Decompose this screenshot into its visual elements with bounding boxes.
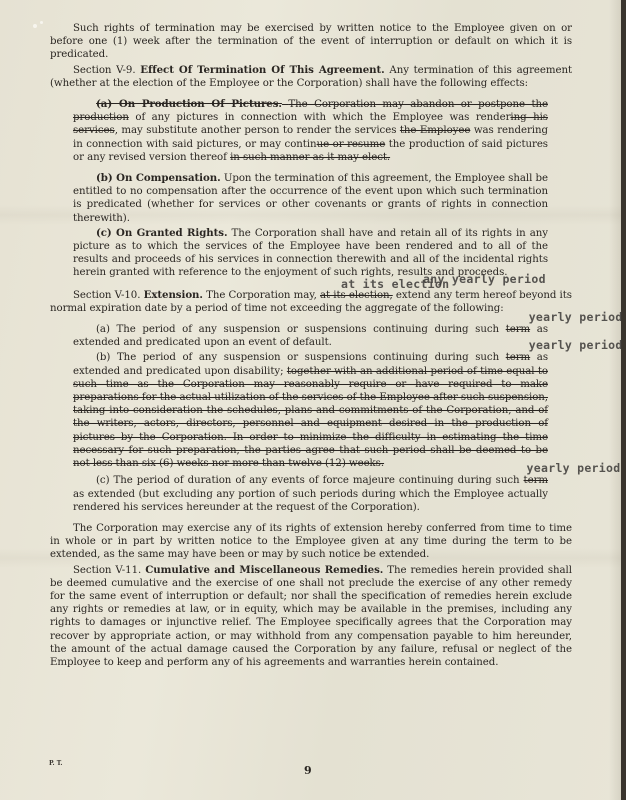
struck-text: ue or resume (317, 139, 386, 150)
footer-code: P. T. (49, 760, 62, 767)
paragraph-text: The Corporation may exercise any of its … (50, 523, 572, 560)
section-label: Section V-9. (73, 65, 136, 76)
paper-speck (33, 24, 37, 28)
clause-text: , may substitute another person to rende… (115, 125, 400, 136)
typed-insertion: any yearly period (400, 273, 546, 286)
struck-text: in such manner as it may elect. (230, 152, 390, 163)
clause-heading: (c) On Granted Rights. (96, 227, 227, 239)
clause-v9-b: (b) On Compensation. Upon the terminatio… (73, 172, 548, 225)
page-edge (621, 0, 626, 800)
section-text: The Corporation may, (206, 290, 320, 301)
typed-insertion: yearly period (504, 462, 621, 475)
extension-closing: The Corporation may exercise any of its … (50, 522, 572, 562)
clause-text: (b) The period of any suspension or susp… (96, 352, 506, 363)
typed-insertion: yearly period (506, 311, 623, 324)
clause-text: (a) The period of any suspension or susp… (96, 324, 506, 335)
struck-text: term (524, 475, 548, 486)
intro-text: Such rights of termination may be exerci… (50, 23, 572, 60)
section-heading: Extension. (144, 289, 203, 301)
section-v10: Section V-10. Extension. The Corporation… (50, 289, 572, 315)
page-edge-shadow (609, 0, 621, 800)
clause-v10-c: (c) The period of duration of any events… (73, 474, 548, 514)
paper-speck (40, 21, 43, 24)
struck-text: together with an additional period of ti… (73, 366, 548, 469)
struck-text: term (506, 352, 530, 363)
struck-text: term (506, 324, 530, 335)
typed-insertion: yearly period (506, 339, 623, 352)
intro-paragraph: Such rights of termination may be exerci… (50, 22, 572, 62)
clause-text: as extended (but excluding any portion o… (73, 489, 548, 513)
clause-v10-a: (a) The period of any suspension or susp… (73, 323, 548, 349)
clause-v9-a: (a) On Production Of Pictures. The Corpo… (73, 98, 548, 164)
document-body: Such rights of termination may be exerci… (50, 22, 572, 671)
section-v11: Section V-11. Cumulative and Miscellaneo… (50, 564, 572, 670)
clause-v10-b: (b) The period of any suspension or susp… (73, 351, 548, 470)
section-label: Section V-10. (73, 290, 140, 301)
section-heading: Cumulative and Miscellaneous Remedies. (145, 564, 383, 576)
page-number: 9 (304, 764, 312, 777)
struck-text: at its election, (320, 290, 393, 301)
clause-heading: (b) On Compensation. (96, 172, 221, 184)
clause-heading: (a) On Production Of Pictures. (96, 98, 282, 110)
clause-text: of any pictures in connection with which… (135, 112, 510, 123)
section-v9: Section V-9. Effect Of Termination Of Th… (50, 64, 572, 90)
clause-text: ; (280, 366, 287, 377)
section-text: The remedies herein provided shall be de… (50, 565, 572, 668)
struck-text: the Employee (400, 125, 470, 136)
section-heading: Effect Of Termination Of This Agreement. (140, 64, 384, 76)
section-label: Section V-11. (73, 565, 141, 576)
clause-text: (c) The period of duration of any events… (96, 475, 524, 486)
